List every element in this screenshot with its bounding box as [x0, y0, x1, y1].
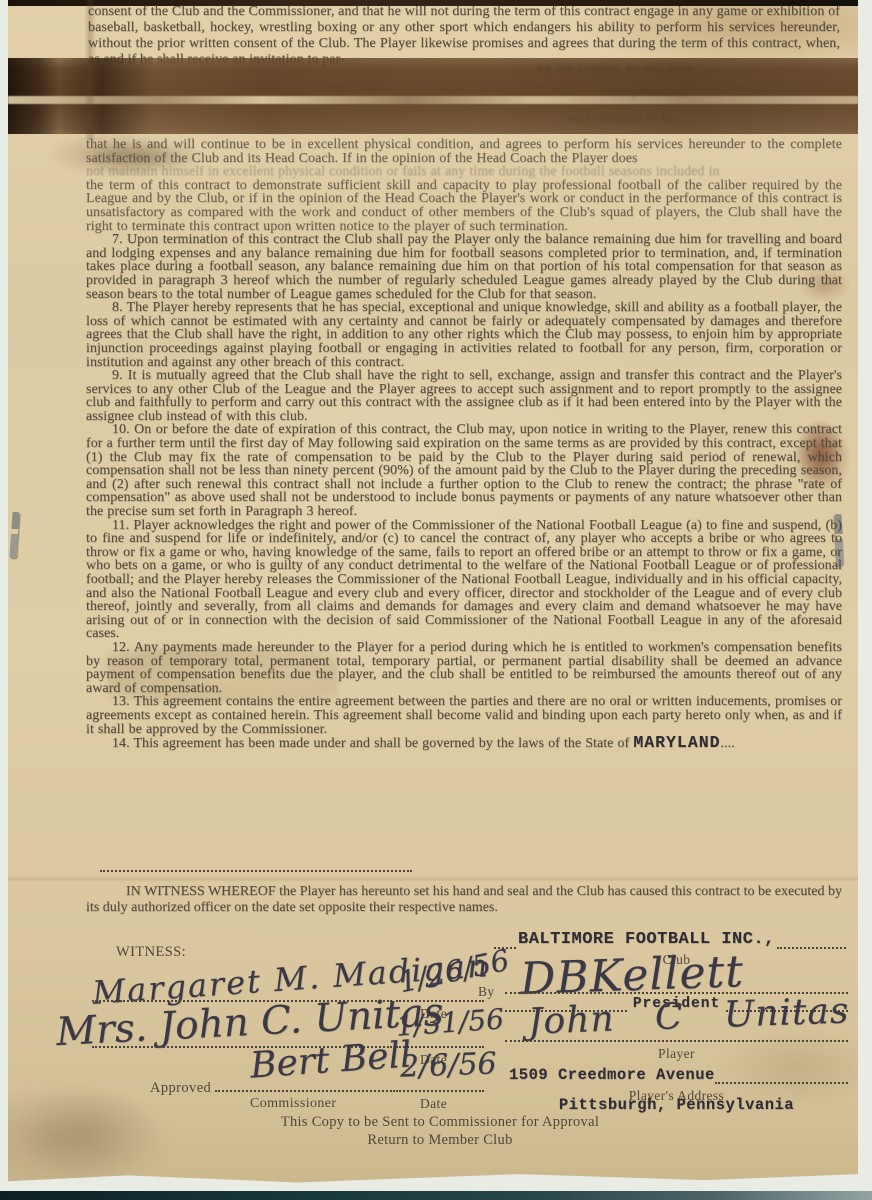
witness-label: WITNESS: — [116, 944, 186, 961]
paragraph-9: 9. It is mutually agreed that the Club s… — [86, 369, 842, 423]
tape-strip: by the League, he will play compensation… — [8, 58, 858, 134]
paragraph-14-dots: .... — [721, 736, 735, 751]
obscured-text-fragment: will continue to be — [568, 110, 675, 126]
date-label-3: Date — [420, 1096, 447, 1112]
obscured-text-fragment: by the League, he will play — [538, 60, 693, 76]
dot-leader — [715, 1071, 848, 1084]
scan-bottom-strip — [0, 1191, 872, 1200]
witness-clause: IN WITNESS WHEREOF the Player has hereun… — [86, 884, 842, 916]
signature-line — [215, 1090, 395, 1092]
by-label: By — [478, 984, 495, 1000]
paragraph-14-text: 14. This agreement has been made under a… — [112, 736, 633, 751]
player-address-stamp: 1509 Creedmore Avenue — [505, 1066, 715, 1084]
paragraph-12: 12. Any payments made hereunder to the P… — [86, 641, 842, 695]
state-stamp: MARYLAND — [633, 733, 720, 752]
paragraph-6-end: the term of this contract to demonstrate… — [86, 179, 842, 233]
horizontal-crease — [8, 876, 858, 882]
paragraph-6-start: that he is and will continue to be in ex… — [86, 138, 842, 165]
approved-label: Approved — [150, 1080, 211, 1097]
paragraph-10: 10. On or before the date of expiration … — [86, 423, 842, 518]
club-name-line: BALTIMORE FOOTBALL INC., — [494, 930, 846, 949]
date-3-handwritten: 2/6/56 — [399, 1046, 497, 1084]
contract-body: that he is and will continue to be in ex… — [86, 138, 842, 751]
footer-note-1: This Copy to be Sent to Commissioner for… — [120, 1114, 760, 1131]
paragraph-14: 14. This agreement has been made under a… — [86, 736, 842, 751]
player-label: Player — [505, 1046, 848, 1062]
paragraph-13: 13. This agreement contains the entire a… — [86, 695, 842, 736]
paragraph-7: 7. Upon termination of this contract the… — [86, 233, 842, 301]
dot-leader — [777, 935, 846, 949]
footer-note-2: Return to Member Club — [120, 1132, 760, 1149]
obscured-text-fragment: compensation — [608, 84, 687, 100]
contract-scan-page: consent of the Club and the Commissioner… — [0, 0, 872, 1200]
player-city-stamp: Pittsburgh, Pennsylvania — [505, 1096, 848, 1114]
vertical-crease — [84, 0, 96, 140]
date-line — [396, 1090, 484, 1092]
signature-line — [505, 1040, 848, 1042]
paragraph-8: 8. The Player hereby represents that he … — [86, 301, 842, 369]
paragraph-6-faded-line: not maintain himself in excellent physic… — [86, 165, 842, 179]
dotted-separator — [100, 870, 412, 872]
player-address-row: 1509 Creedmore Avenue — [505, 1066, 848, 1084]
paragraph-11: 11. Player acknowledges the right and po… — [86, 519, 842, 641]
commissioner-label: Commissioner — [250, 1096, 336, 1112]
tape-crease-streak — [8, 96, 858, 104]
